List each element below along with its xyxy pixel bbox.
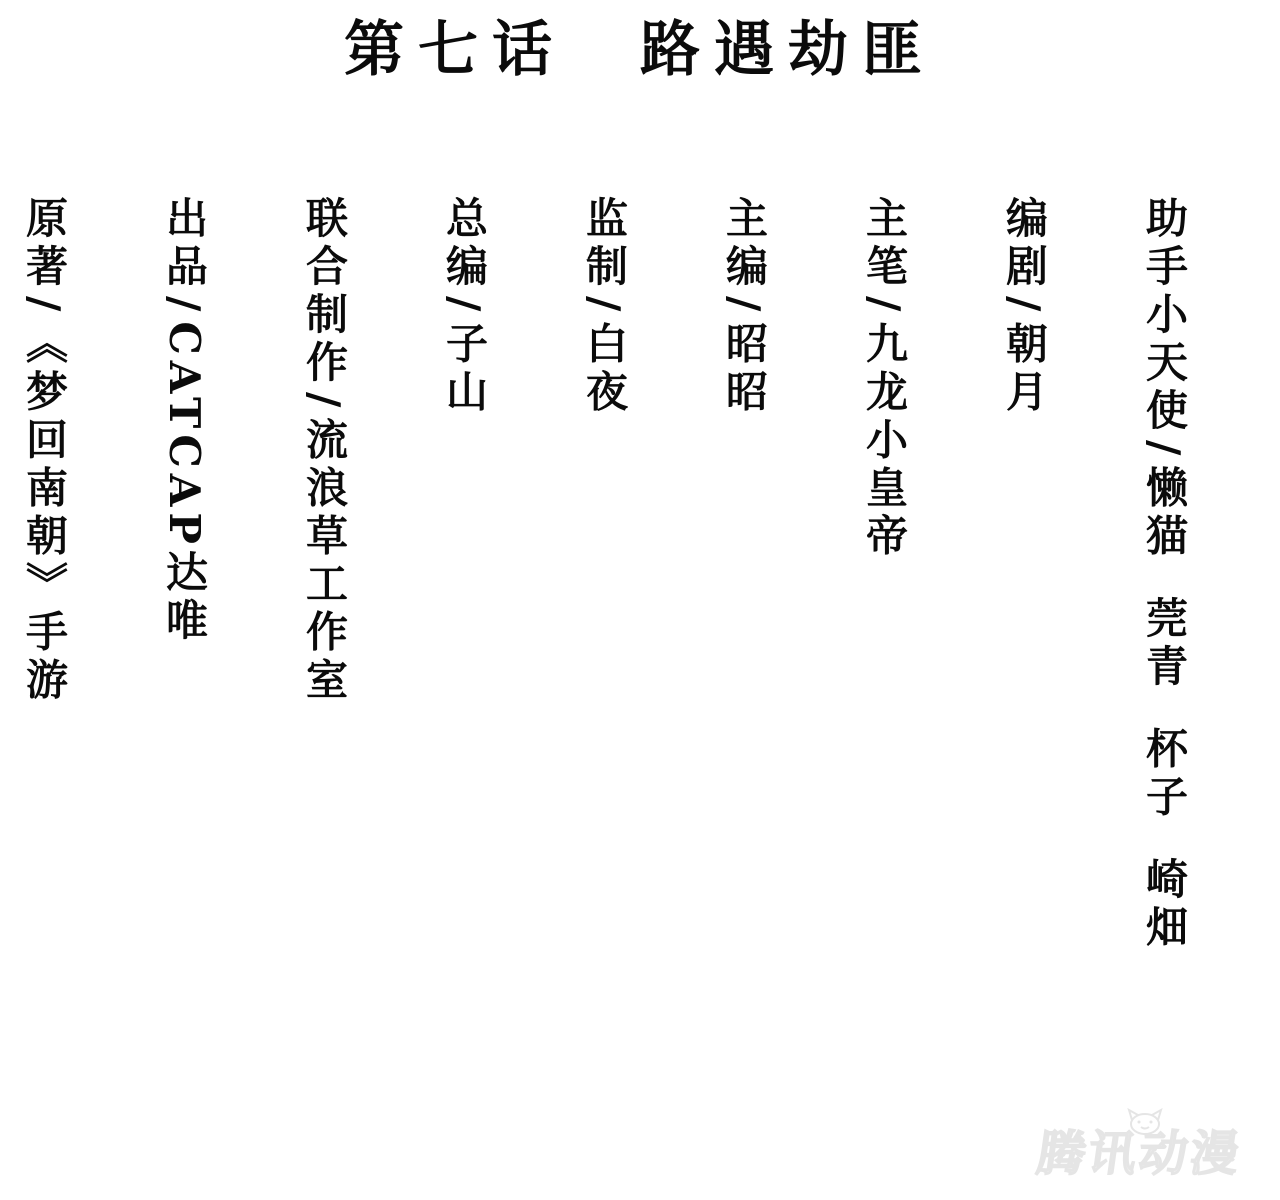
credit-column-screenwriter: 编剧/朝月 [994,196,1054,996]
credit-names: 昭昭 [720,321,769,417]
credit-column-editor-in-chief: 总编/子山 [434,196,494,996]
credit-names: 流浪草工作室 [300,417,349,705]
credit-separator: / [1140,436,1189,465]
credit-separator: / [20,292,69,321]
credit-role: 出品 [160,196,209,292]
credit-names: 懒猫 莞青 杯子 崎畑 [1140,465,1189,953]
chapter-title: 第七话 路遇劫匪 [0,2,1280,88]
credit-role: 监制 [580,196,629,292]
credit-column-supervisor: 监制/白夜 [574,196,634,996]
credit-role: 联合制作 [300,196,349,388]
credit-names: 子山 [440,321,489,417]
credit-column-producer: 出品/CATCAP达唯 [154,196,214,996]
credit-column-lead-artist: 主笔/九龙小皇帝 [854,196,914,996]
credit-column-assistants: 助手小天使/懒猫 莞青 杯子 崎畑 [1134,196,1194,996]
credit-separator: / [300,388,349,417]
credit-column-co-production: 联合制作/流浪草工作室 [294,196,354,996]
credit-role: 总编 [440,196,489,292]
credit-names: 白夜 [580,321,629,417]
credit-separator: / [440,292,489,321]
credit-names: 朝月 [1000,321,1049,417]
credit-role: 主编 [720,196,769,292]
credit-names: CATCAP达唯 [160,321,209,646]
credit-separator: / [580,292,629,321]
credit-separator: / [160,292,209,321]
credit-role: 主笔 [860,196,909,292]
credit-role: 编剧 [1000,196,1049,292]
tencent-comics-watermark: 腾讯动漫 [1038,1120,1268,1184]
credits-block: 助手小天使/懒猫 莞青 杯子 崎畑 编剧/朝月 主笔/九龙小皇帝 主编/昭昭 监… [14,196,1194,996]
credit-column-original-work: 原著/《梦回南朝》手游 [14,196,74,996]
credit-separator: / [1000,292,1049,321]
page: { "chapter_title": "第七话 路遇劫匪", "separato… [0,0,1280,1200]
credit-separator: / [720,292,769,321]
credit-names: 《梦回南朝》手游 [20,321,69,705]
credit-role: 原著 [20,196,69,292]
credit-role: 助手小天使 [1140,196,1189,436]
credit-column-chief-editor: 主编/昭昭 [714,196,774,996]
credit-names: 九龙小皇帝 [860,321,909,561]
credit-separator: / [860,292,909,321]
watermark-label: 腾讯动漫 [1033,1115,1247,1184]
